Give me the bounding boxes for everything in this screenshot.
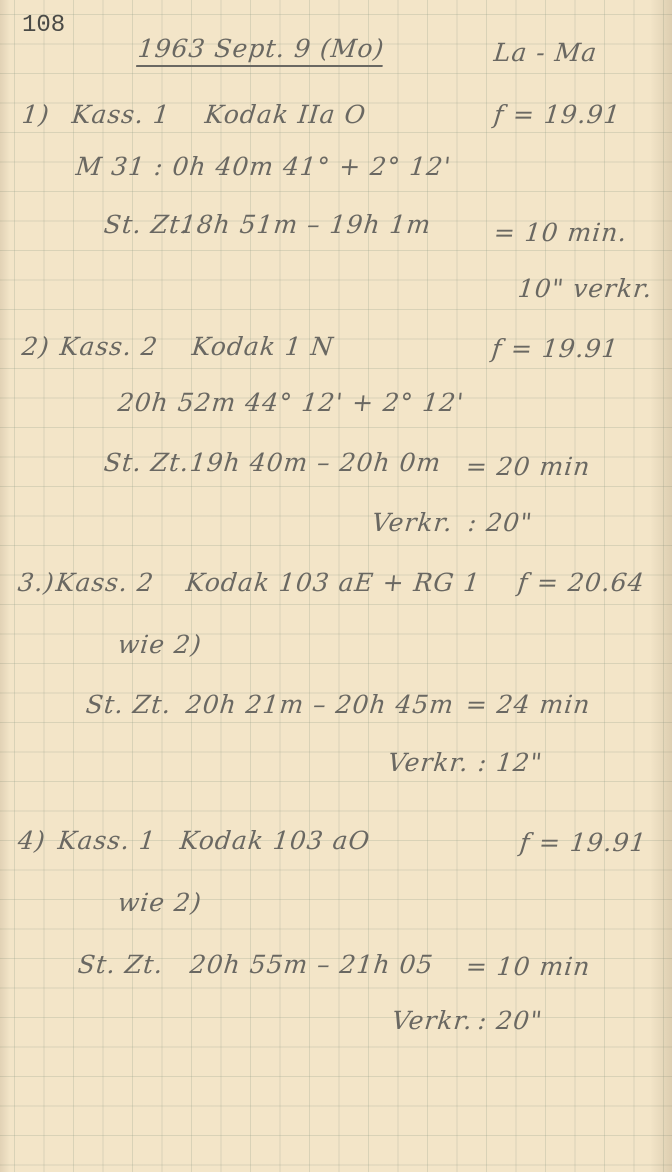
entry-1-plate: Kodak IIa O [203,100,367,129]
entry-3-reference: wie 2) [116,630,203,659]
entry-3-duration: = 24 min [464,690,592,719]
entry-4-st-label: St. Zt. [76,950,164,979]
entry-1-object: M 31 : 0h 40m 41° + 2° 12' [74,152,452,181]
entry-3-plate: Kodak 103 aE + RG 1 [184,568,481,597]
page-left-edge [0,0,10,1172]
entry-1-number: 1) [20,100,51,129]
entry-3-st-label: St. Zt. [84,690,172,719]
entry-3-note: : 12" [476,748,544,777]
entry-1-focal: f = 19.91 [492,100,622,129]
entry-2-plate: Kodak 1 N [190,332,335,361]
entry-2-duration: = 20 min [464,452,592,481]
entry-3-sidereal-time: 20h 21m – 20h 45m [184,690,455,719]
entry-4-duration: = 10 min [464,952,592,981]
header-observers: La - Ma [492,38,598,67]
entry-4-cassette: Kass. 1 [56,826,157,855]
entry-4-plate: Kodak 103 aO [178,826,371,855]
entry-2-object: 20h 52m 44° 12' + 2° 12' [116,388,465,417]
page-number: 108 [22,12,65,39]
entry-1-cassette: Kass. 1 [70,100,171,129]
entry-4-reference: wie 2) [116,888,203,917]
entry-1-duration: = 10 min. [492,218,628,247]
entry-4-note-label: Verkr. [390,1006,474,1035]
entry-3-cassette: Kass. 2 [54,568,155,597]
entry-1-st-label: St. Zt. [102,210,190,239]
entry-4-number: 4) [16,826,47,855]
entry-2-number: 2) [20,332,51,361]
entry-2-note-label: Verkr. [370,508,454,537]
entry-2-focal: f = 19.91 [490,334,620,363]
entry-1-note: 10" verkr. [516,274,653,303]
entry-1-sidereal-time: 18h 51m – 19h 1m [178,210,432,239]
entry-4-focal: f = 19.91 [518,828,648,857]
entry-3-number: 3.) [16,568,56,597]
page-right-edge [650,0,672,1172]
entry-3-focal: f = 20.64 [516,568,646,597]
entry-2-cassette: Kass. 2 [58,332,159,361]
header-date: 1963 Sept. 9 (Mo) [136,34,386,63]
entry-2-sidereal-time: 19h 40m – 20h 0m [188,448,442,477]
entry-2-st-label: St. Zt. [102,448,190,477]
entry-4-note: : 20" [476,1006,544,1035]
entry-2-note: : 20" [466,508,534,537]
entry-4-sidereal-time: 20h 55m – 21h 05 [188,950,435,979]
entry-3-note-label: Verkr. [386,748,470,777]
